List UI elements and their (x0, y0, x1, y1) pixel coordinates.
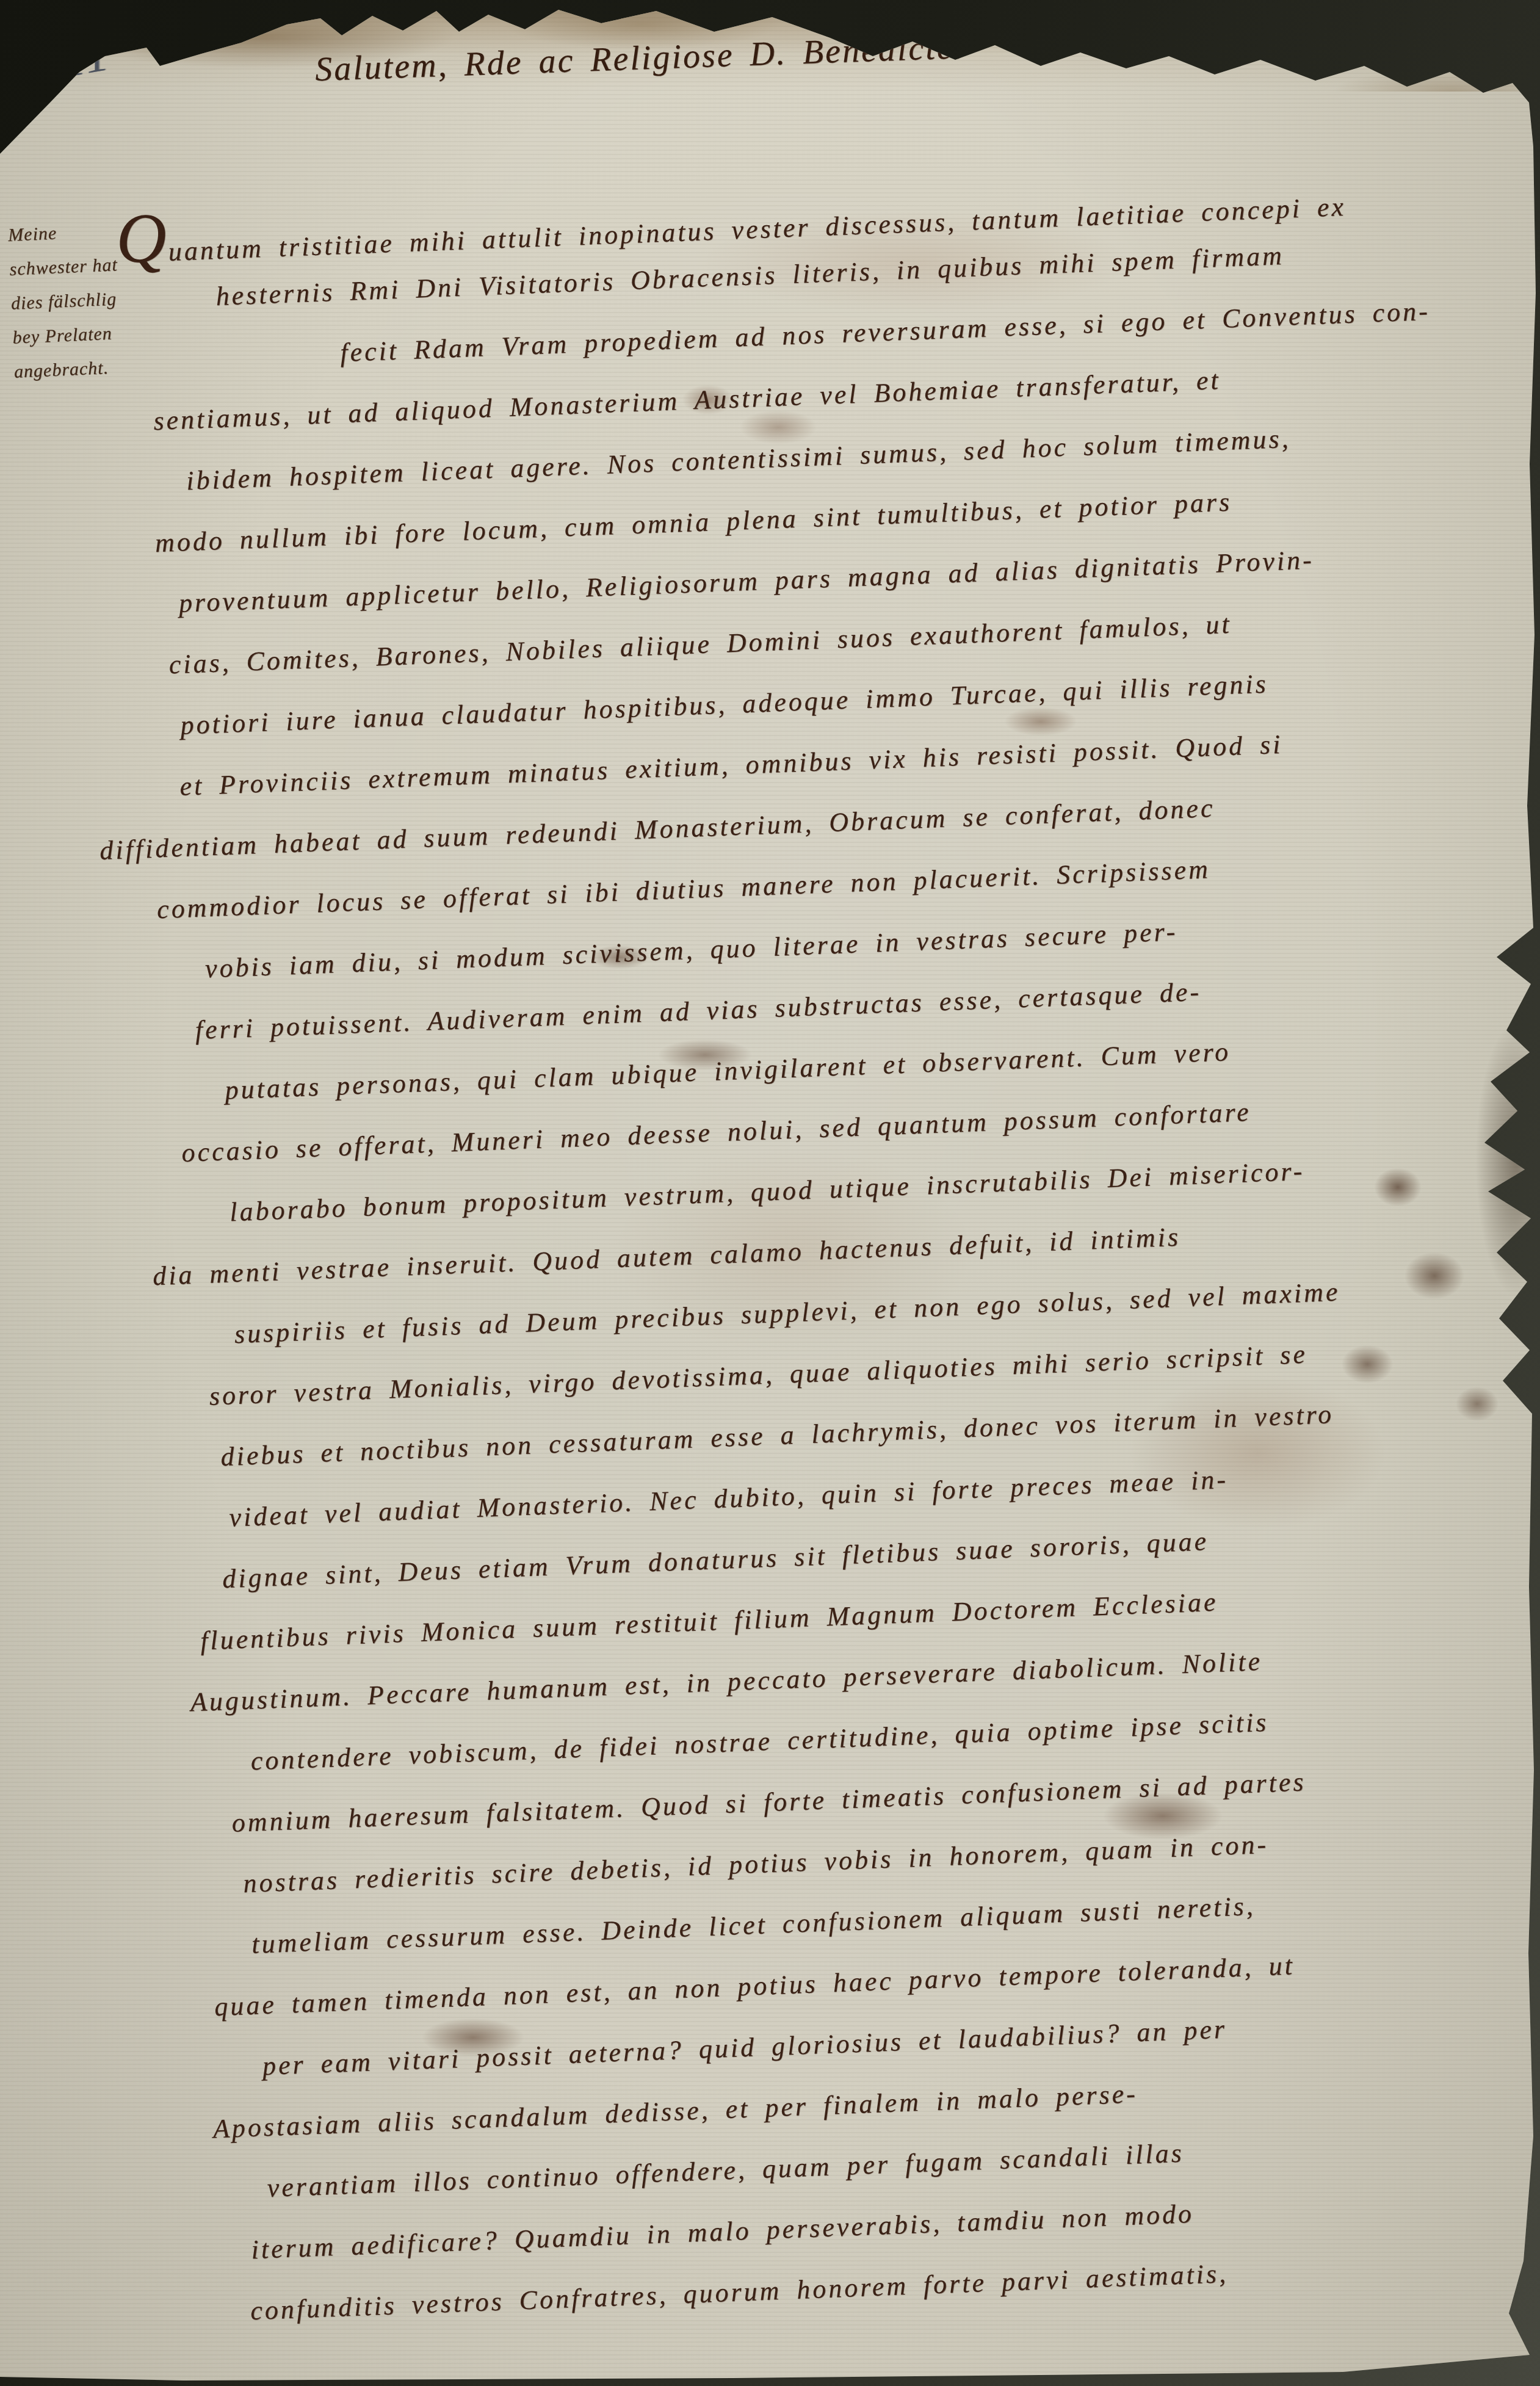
letter-body: Quantum tristitiae mihi attulit inopinat… (72, 155, 1540, 2345)
page-number: 11 (57, 28, 115, 89)
scan-background: 11 Salutem, Rde ac Religiose D. Benedict… (0, 0, 1540, 2386)
manuscript-page: 11 Salutem, Rde ac Religiose D. Benedict… (0, 0, 1540, 2386)
